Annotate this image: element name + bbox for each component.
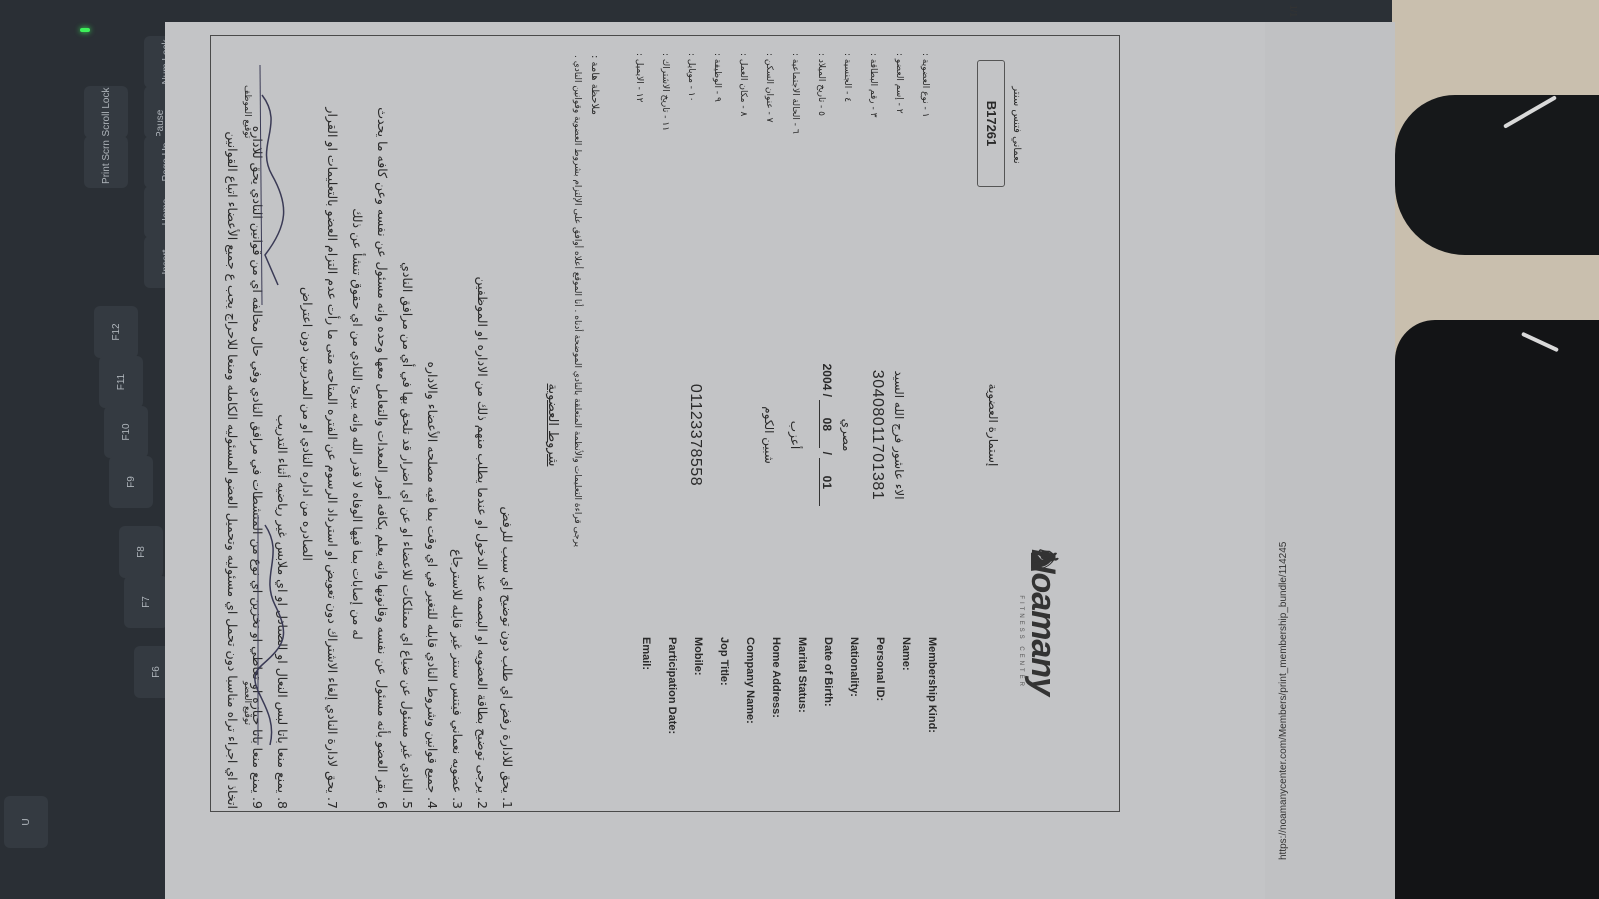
keyboard-key: Scroll Lock (84, 86, 128, 138)
note-title: ملاحظة هامة : (589, 55, 600, 115)
value-mobile: 01123378558 (678, 285, 704, 585)
field-values: الاء عاشور فرج الله السيد 30408011701381… (626, 285, 938, 585)
dob-year: 2004 (820, 364, 834, 391)
value-marital-status: أعزب (782, 285, 808, 585)
field-label-en: Jop Title: (704, 637, 730, 797)
value-participation-date (652, 285, 678, 585)
term-item: 3. عضويه نعماني فيتنس سنتر غير قابله للا… (445, 39, 470, 809)
member-signature-label: توقيع العضو (242, 681, 252, 725)
field-label-ar: ٥ - تاريخ الميلاد : (808, 53, 834, 213)
term-item: 5. النادي غير مسئول عن ضياع اي ممتلكات ل… (395, 39, 420, 809)
field-label-ar: ١١ - تاريخ الاشتراك : (652, 53, 678, 213)
keyboard-key: Print Scrn (84, 136, 128, 188)
keyboard-led (80, 28, 90, 32)
field-label-en: Personal ID: (860, 637, 886, 797)
brand-tagline: FITNESS CENTER (1018, 595, 1024, 689)
value-date-of-birth: 2004 / 08 / 01 (808, 285, 834, 585)
field-label-en: Participation Date: (652, 637, 678, 797)
field-label-en: Email: (626, 637, 652, 797)
term-item-continued: الصادره من اداره النادي او من المدربين د… (295, 39, 320, 809)
field-label-en: Company Name: (730, 637, 756, 797)
term-item: 1. يحق للادارة رفض اي طلب دون توضيح اي س… (495, 39, 520, 809)
staff-signature (250, 55, 290, 315)
value-personal-id: 30408011701381 (860, 285, 886, 585)
keyboard-key: F8 (119, 526, 163, 578)
field-label-en: Name: (886, 637, 912, 797)
english-field-labels: Membership Kind: Name: Personal ID: Nati… (626, 637, 938, 797)
value-name: الاء عاشور فرج الله السيد (886, 285, 912, 585)
shoe-image (1395, 95, 1599, 255)
field-label-ar: ١ - نوع العضوية : (912, 53, 938, 213)
brand-name: Noamany (1023, 549, 1062, 695)
shoe-image (1395, 320, 1599, 899)
staff-signature-label: توقيع الموظف (242, 85, 252, 138)
keyboard-key: F9 (109, 456, 153, 508)
field-label-ar: ٢ - إسم العضو : (886, 53, 912, 213)
note-text: يرجى قراءة التعليمات والأنظمة المتعلقة ب… (572, 55, 582, 795)
value-membership-kind (912, 285, 938, 585)
value-job-title (704, 285, 730, 585)
field-label-ar: ١٠ - موبايل : (678, 53, 704, 213)
dob-month: 08 (819, 400, 834, 448)
field-label-ar: ٣ - رقم البطاقة : (860, 53, 886, 213)
field-label-ar: ١٢ - الايميل : (626, 53, 652, 213)
brand-logo: ♞ Noamany FITNESS CENTER (1010, 555, 1070, 695)
dob-day: 01 (819, 458, 834, 506)
keyboard-key: U (4, 796, 48, 848)
value-home-address: شبين الكوم (756, 285, 782, 585)
serial-label: نعماني فتنس سنتر (1011, 55, 1022, 195)
arabic-field-labels: ١ - نوع العضوية : ٢ - إسم العضو : ٣ - رق… (626, 53, 938, 213)
field-label-ar: ٨ - مكان العمل : (730, 53, 756, 213)
footer-url: https://noamanycenter.com/Members/print_… (1278, 542, 1289, 860)
field-label-en: Home Address: (756, 637, 782, 797)
term-item: 4. جميع قوانين وشروط النادي قابله للتغير… (420, 39, 445, 809)
term-item-continued: له من إصابات بما فيها الوفاه لا قدر الله… (345, 39, 370, 809)
term-item: 2. يرجى توضيح بطاقة العضويه او البصمه عن… (470, 39, 495, 809)
keyboard-key: F10 (104, 406, 148, 458)
member-signature (250, 505, 290, 765)
field-label-ar: ٧ - عنوان السكن : (756, 53, 782, 213)
field-label-ar: ٦ - الحالة الاجتماعية : (782, 53, 808, 213)
field-label-en: Mobile: (678, 637, 704, 797)
term-item: 6. يقر العضو بأنه مسئول عن نفسه وقانونها… (370, 39, 395, 809)
keyboard-key: F7 (124, 576, 168, 628)
keyboard-key: F11 (99, 356, 143, 408)
serial-number: B17261 (977, 60, 1005, 187)
value-email (626, 285, 652, 585)
page-indicator: 1/1 (1288, 5, 1298, 18)
form-title: إستمارة العضوية (986, 325, 1000, 525)
membership-form: ♞ Noamany FITNESS CENTER نعماني فتنس سنت… (210, 25, 1120, 825)
value-company-name (730, 285, 756, 585)
field-label-en: Nationality: (834, 637, 860, 797)
terms-title: شروط العضوية (545, 345, 560, 505)
keyboard-key: F12 (94, 306, 138, 358)
value-nationality: مصري (834, 285, 860, 585)
term-item: 7. يحق لادارة النادي إلغاء الاشتراك دون … (320, 39, 345, 809)
field-label-ar: ٩ - الوظيفة : (704, 53, 730, 213)
field-label-en: Date of Birth: (808, 637, 834, 797)
field-label-ar: ٤ - الجنسية : (834, 53, 860, 213)
field-label-en: Membership Kind: (912, 637, 938, 797)
field-label-en: Marital Status: (782, 637, 808, 797)
